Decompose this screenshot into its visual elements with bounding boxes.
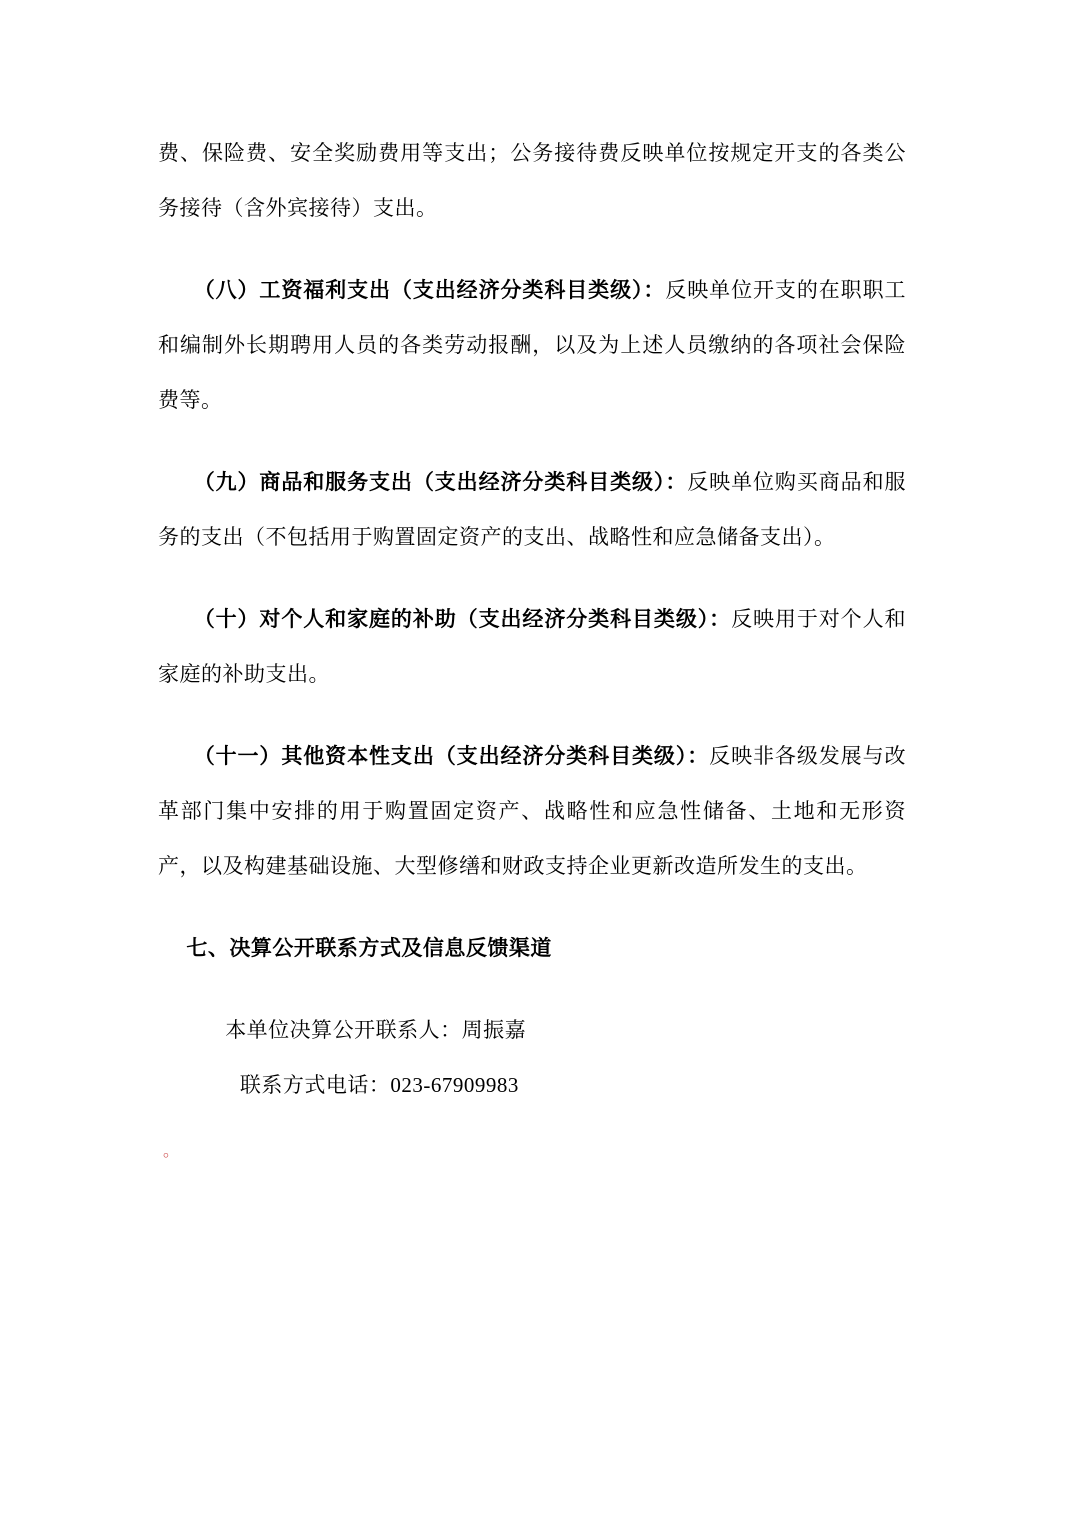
section-8-paragraph: （八）工资福利支出（支出经济分类科目类级）：反映单位开支的在职职工和编制外长期聘… (158, 263, 906, 428)
document-content: 费、保险费、安全奖励费用等支出；公务接待费反映单位按规定开支的各类公务接待（含外… (158, 126, 906, 1164)
document-page: 费、保险费、安全奖励费用等支出；公务接待费反映单位按规定开支的各类公务接待（含外… (0, 0, 1075, 1521)
section-10-label: （十）对个人和家庭的补助（支出经济分类科目类级）： (194, 607, 731, 631)
section-11-label: （十一）其他资本性支出（支出经济分类科目类级）： (194, 744, 709, 768)
stray-red-period-mark: 。 (158, 1140, 906, 1164)
contact-phone-line: 联系方式电话：023-67909983 (158, 1058, 906, 1113)
section-9-paragraph: （九）商品和服务支出（支出经济分类科目类级）：反映单位购买商品和服务的支出（不包… (158, 455, 906, 565)
contact-person-line: 本单位决算公开联系人：周振嘉 (158, 1003, 906, 1058)
section-10-paragraph: （十）对个人和家庭的补助（支出经济分类科目类级）：反映用于对个人和家庭的补助支出… (158, 592, 906, 702)
paragraph-continuation-text: 费、保险费、安全奖励费用等支出；公务接待费反映单位按规定开支的各类公务接待（含外… (158, 141, 906, 220)
section-11-paragraph: （十一）其他资本性支出（支出经济分类科目类级）：反映非各级发展与改革部门集中安排… (158, 729, 906, 894)
section-9-label: （九）商品和服务支出（支出经济分类科目类级）： (194, 470, 688, 494)
section-7-heading: 七、决算公开联系方式及信息反馈渠道 (158, 921, 906, 976)
paragraph-continuation: 费、保险费、安全奖励费用等支出；公务接待费反映单位按规定开支的各类公务接待（含外… (158, 126, 906, 236)
section-8-label: （八）工资福利支出（支出经济分类科目类级）： (194, 278, 666, 302)
